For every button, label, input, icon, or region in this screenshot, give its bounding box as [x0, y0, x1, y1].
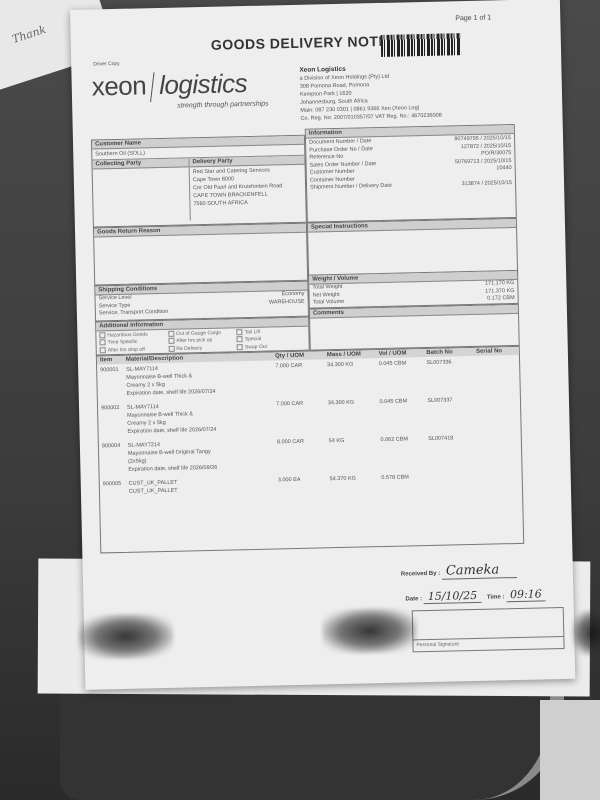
column-header: Qty / UOM	[275, 352, 327, 359]
date-label: Date :	[405, 596, 422, 602]
item-description: CUST_UK_PALLETCUST_UK_PALLET	[129, 476, 279, 495]
delivery-note-page: GOODS DELIVERY NOTE Page 1 of 1 Driver C…	[70, 0, 575, 690]
checkbox-label: Swap Out	[245, 344, 267, 350]
volume: 0.578 CBM	[381, 473, 429, 490]
delivery-address-line: 7560 SOUTH AFRICA	[193, 198, 302, 208]
collecting-party-label: Collecting Party	[92, 158, 188, 169]
received-by-value: Cameka	[442, 562, 518, 580]
logo-xeon: xeon	[91, 70, 146, 101]
company-address: Xeon Logisticsa Division of Xeon Holding…	[299, 64, 442, 123]
qty: 8.000 CAR	[277, 437, 329, 470]
date-time-field: Date : 15/10/25 Time : 09:16	[405, 587, 546, 603]
time-label: Time :	[487, 594, 505, 600]
information-section: Information Document Number / Date807497…	[305, 124, 517, 223]
qty: 7.000 CAR	[276, 399, 328, 432]
item-description: SL-MAY7214Mayonnaise B-well Original Tan…	[128, 438, 278, 473]
checkbox-label: Special	[245, 336, 262, 342]
delivery-party-address: Red Star and Catering ServicesCape Town …	[190, 165, 306, 210]
mass: 34.300 KG	[328, 398, 380, 431]
info-row-label: Shipment Number / Delivery Date	[310, 183, 392, 192]
shipping-row-label: Service, Transport Condition	[99, 309, 169, 318]
signature-box[interactable]: Personal Signature	[412, 607, 565, 652]
items-table: ItemMaterial/DescriptionQty / UOMMass / …	[96, 346, 524, 554]
column-header: Batch No	[426, 349, 476, 356]
checkbox-icon	[237, 329, 243, 335]
serial-number	[477, 395, 518, 428]
additional-info-checkbox[interactable]: Swap Out	[237, 342, 306, 350]
weight-row-label: Total Volume	[313, 299, 345, 307]
document-title: GOODS DELIVERY NOTE	[211, 33, 389, 53]
tagline: strength through partnerships	[177, 101, 269, 110]
checkbox-label: After hrs pick up	[176, 338, 212, 345]
checkbox-label: Out of Gauge Cargo	[176, 330, 221, 337]
batch-number: SL007418	[428, 434, 478, 467]
volume: 0.045 CBM	[380, 397, 428, 430]
barcode	[381, 33, 461, 57]
page-number: Page 1 of 1	[455, 14, 491, 22]
column-header: Item	[100, 357, 126, 364]
corner-card-handwriting: Thank	[11, 23, 48, 46]
serial-number	[478, 433, 519, 466]
volume: 0.045 CBM	[379, 359, 427, 392]
info-row-value: 10440	[496, 165, 511, 173]
weight-row-value: 0.172 CBM	[487, 295, 515, 303]
serial-number	[476, 357, 517, 390]
checkbox-icon	[99, 332, 105, 338]
additional-info-checkbox[interactable]: Re Delivery	[168, 344, 237, 352]
column-header: Vol / UOM	[378, 350, 426, 357]
item-number: 900005	[103, 480, 129, 497]
logo-logistics: logistics	[159, 68, 248, 100]
item-description: SL-MAY7114Mayonnaise B-well Thick &Cream…	[126, 362, 276, 397]
signature-label: Personal Signature	[413, 636, 563, 651]
checkbox-label: Tail Lift	[245, 329, 261, 335]
mass: 34.300 KG	[327, 360, 379, 393]
checkbox-label: Time Specific	[107, 339, 137, 346]
item-number: 900002	[101, 404, 128, 437]
item-description: SL-MAY7114Mayonnaise B-well Thick &Cream…	[127, 400, 277, 435]
mass: 54 KG	[329, 436, 381, 469]
batch-number	[429, 472, 479, 489]
batch-number: SL007337	[427, 396, 477, 429]
carbon-smudge	[572, 610, 600, 656]
checkbox-icon	[100, 347, 106, 353]
carbon-smudge	[78, 613, 174, 660]
qty: 7.000 CAR	[275, 361, 327, 394]
item-number: 900001	[100, 366, 127, 399]
chair-seat	[60, 690, 564, 800]
copy-label: Driver Copy	[93, 61, 120, 68]
qty: 3.000 EA	[278, 475, 330, 492]
carbon-smudge	[322, 607, 418, 654]
weight-section: Weight / Volume Total Weight171.170 KGNe…	[308, 270, 519, 309]
column-header: Serial No	[476, 348, 516, 355]
date-value: 15/10/25	[424, 589, 482, 604]
additional-info-checkbox[interactable]: After hrs drop off	[100, 346, 169, 354]
checkbox-icon	[168, 345, 174, 351]
checkbox-label: Re Delivery	[176, 345, 202, 352]
received-by-field: Received By : Cameka	[401, 562, 518, 580]
logo-divider	[150, 72, 154, 102]
checkbox-icon	[168, 338, 174, 344]
checkbox-icon	[237, 344, 243, 350]
checkbox-label: After hrs drop off	[108, 346, 145, 353]
goods-return-section: Goods Return Reason	[93, 223, 308, 286]
info-row-value: 313874 / 2025/10/15	[462, 180, 513, 189]
floor	[540, 700, 600, 800]
comments-label: Comments	[310, 305, 518, 319]
time-value: 09:16	[506, 587, 546, 602]
additional-info-section: Additional Information Hazardous GoodsOu…	[95, 317, 310, 356]
special-instructions-label: Special Instructions	[308, 219, 516, 233]
checkbox-label: Hazardous Goods	[107, 332, 147, 339]
serial-number	[479, 471, 519, 488]
column-header: Mass / UOM	[327, 351, 379, 358]
shipping-section: Shipping Conditions Service LevelEconomy…	[94, 281, 309, 322]
shipping-row-value: WAREHOUSE	[269, 298, 305, 306]
customer-section: Customer Name Southern Oil (SOLL) Collec…	[91, 135, 307, 228]
checkbox-icon	[168, 331, 174, 337]
company-logo: xeonlogistics	[91, 68, 247, 104]
item-number: 900004	[102, 442, 129, 475]
volume: 0.062 CBM	[380, 435, 428, 468]
checkbox-icon	[237, 336, 243, 342]
checkbox-icon	[99, 340, 105, 346]
comments-section: Comments	[309, 304, 520, 351]
received-by-label: Received By :	[401, 571, 440, 578]
batch-number: SL007336	[426, 358, 476, 391]
mass: 54.370 KG	[330, 474, 382, 491]
